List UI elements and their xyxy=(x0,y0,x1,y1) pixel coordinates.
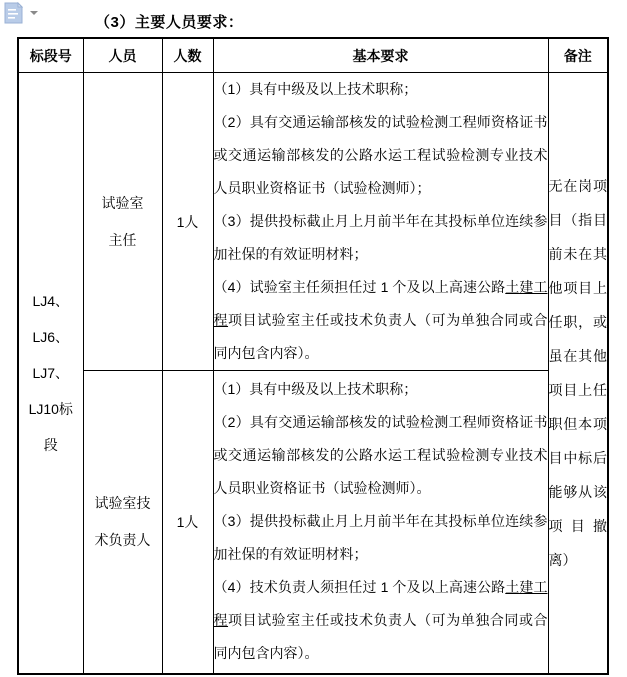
col-header-headcount: 人数 xyxy=(162,38,213,73)
requirements-cell-lab-tech-lead: （1）具有中级及以上技术职称；（2）具有交通运输部核发的试验检测工程师资格证书或… xyxy=(213,371,548,674)
headcount-cell: 1人 xyxy=(162,73,213,371)
section-title: （3）主要人员要求： xyxy=(95,11,243,32)
col-header-basic-requirements: 基本要求 xyxy=(213,38,548,73)
person-cell-lab-tech-lead: 试验室技术负责人 xyxy=(83,371,162,674)
remarks-cell: 无在岗项目（指目前未在其他项目上任职，或虽在其他项目上任职但本项目中标后能够从该… xyxy=(548,73,608,674)
document-page: （3）主要人员要求： 标段号 人员 人数 基本要求 备注 LJ4、LJ6、LJ7… xyxy=(0,0,627,677)
table-row-lab-director: LJ4、LJ6、LJ7、LJ10标段 试验室主任 1人 （1）具有中级及以上技术… xyxy=(18,73,608,371)
personnel-requirements-table: 标段号 人员 人数 基本要求 备注 LJ4、LJ6、LJ7、LJ10标段 试验室… xyxy=(17,37,609,675)
headcount-cell: 1人 xyxy=(162,371,213,674)
paste-options-document-icon xyxy=(4,2,23,24)
table-header-row: 标段号 人员 人数 基本要求 备注 xyxy=(18,38,608,73)
col-header-remarks: 备注 xyxy=(548,38,608,73)
person-cell-lab-director: 试验室主任 xyxy=(83,73,162,371)
paste-options-button[interactable] xyxy=(4,2,38,24)
table-row-lab-tech-lead: 试验室技术负责人 1人 （1）具有中级及以上技术职称；（2）具有交通运输部核发的… xyxy=(18,371,608,674)
col-header-section-no: 标段号 xyxy=(18,38,83,73)
section-number-cell: LJ4、LJ6、LJ7、LJ10标段 xyxy=(18,73,83,674)
requirements-cell-lab-director: （1）具有中级及以上技术职称；（2）具有交通运输部核发的试验检测工程师资格证书或… xyxy=(213,73,548,371)
chevron-down-icon[interactable] xyxy=(30,11,38,15)
col-header-personnel: 人员 xyxy=(83,38,162,73)
